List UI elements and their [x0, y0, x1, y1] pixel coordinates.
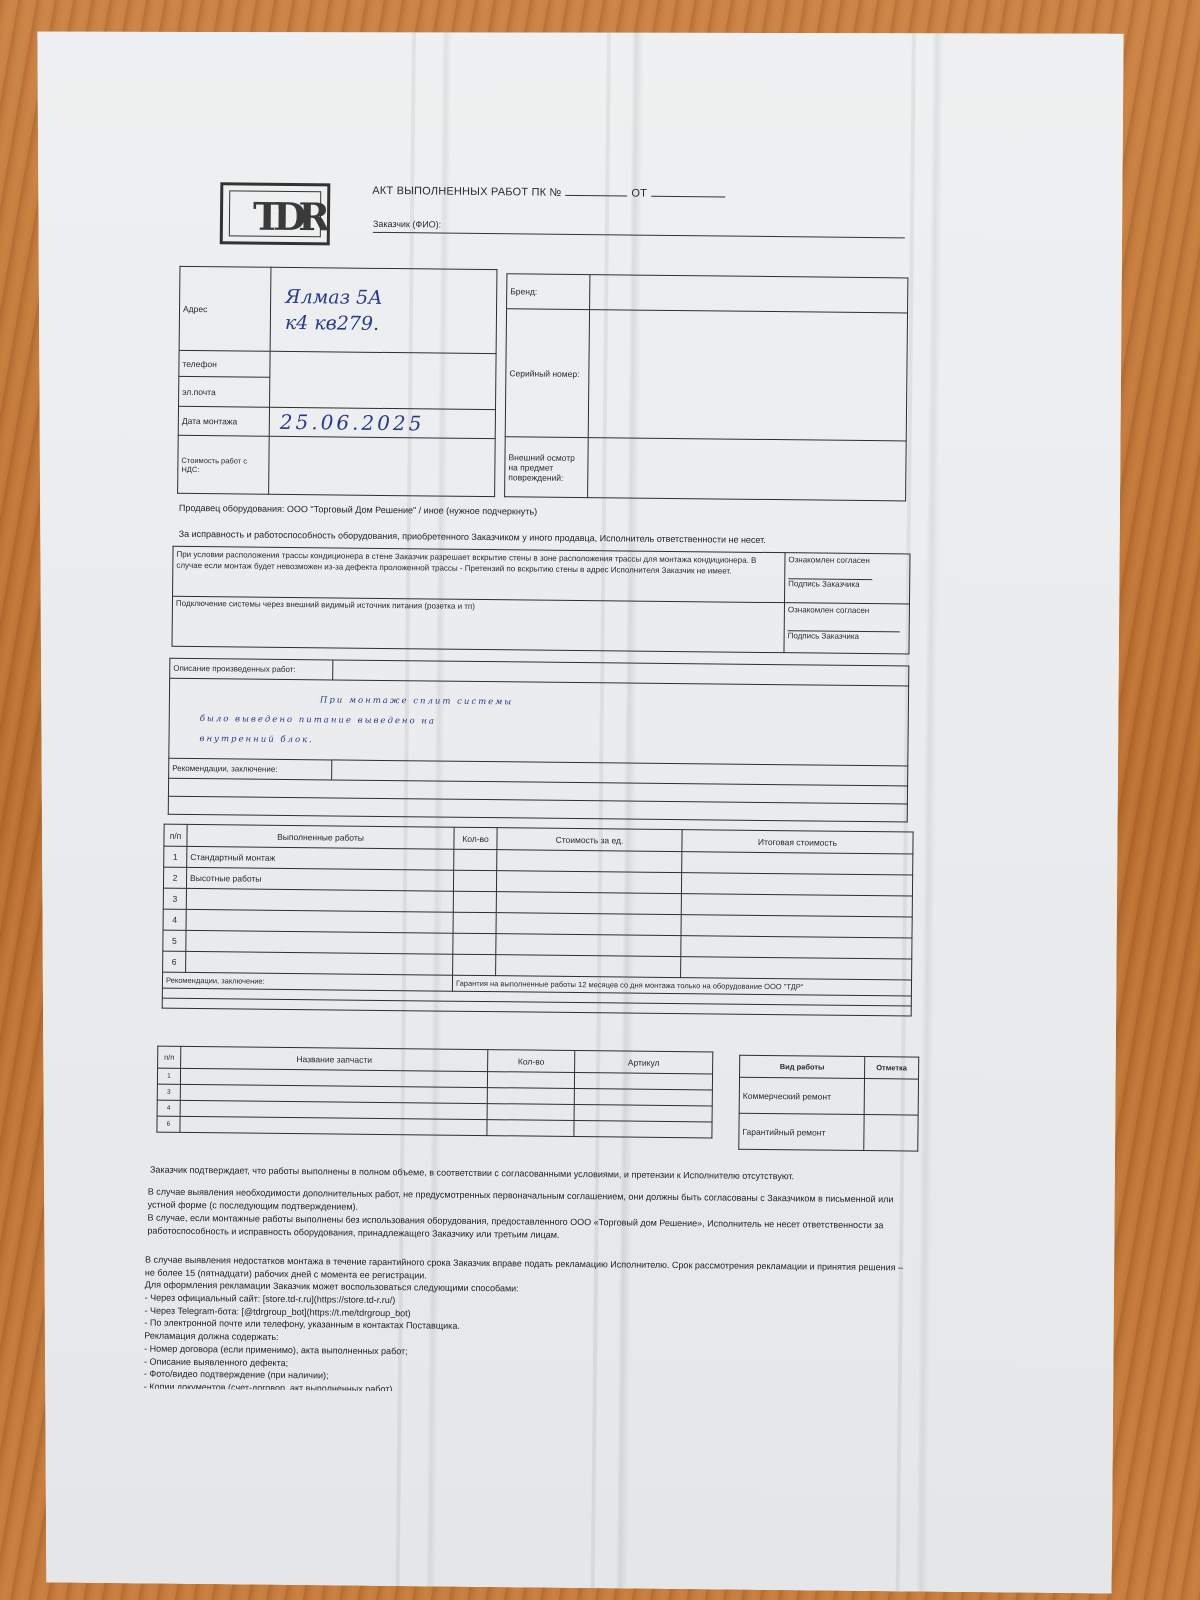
- row-number: 5: [163, 930, 186, 951]
- description-label: Описание произведенных работ:: [170, 658, 333, 680]
- equipment-info-table: Бренд: Серийный номер: Внешний осмотр на…: [504, 273, 908, 501]
- repair-type-table: Вид работы Отметка Коммерческий ремонт Г…: [738, 1055, 919, 1152]
- cost-label: Стоимость работ с НДС:: [178, 435, 270, 494]
- ack-label: Ознакомлен согласен: [788, 555, 906, 565]
- act-date-blank[interactable]: [651, 187, 725, 198]
- work-name[interactable]: Высотные работы: [186, 867, 453, 891]
- work-name[interactable]: [186, 888, 453, 912]
- row-number: 6: [163, 951, 186, 972]
- phone-label: телефон: [179, 350, 270, 377]
- qty-cell[interactable]: [487, 1088, 574, 1105]
- unit-price-cell[interactable]: [496, 913, 681, 936]
- signature-label: Подпись Заказчика: [788, 631, 906, 641]
- col-header-article: Артикул: [575, 1051, 713, 1074]
- article-cell[interactable]: [574, 1088, 712, 1105]
- customer-name-field[interactable]: Заказчик (ФИО):: [373, 219, 905, 239]
- email-label: эл.почта: [179, 376, 270, 407]
- spare-parts-table: п/п Название запчасти Кол-во Артикул 1 3…: [156, 1046, 713, 1139]
- qty-cell[interactable]: [487, 1120, 574, 1137]
- title-prefix: АКТ ВЫПОЛНЕННЫХ РАБОТ ПК №: [372, 185, 561, 199]
- client-info-table: Адрес Ялмаз 5Ак4 кв279. телефон эл.почта…: [177, 266, 497, 497]
- qty-cell[interactable]: [487, 1072, 574, 1089]
- address-label: Адрес: [179, 266, 271, 351]
- col-header-work: Выполненные работы: [187, 824, 454, 849]
- liability-line: За исправность и работоспособность обору…: [179, 528, 766, 547]
- title-from: ОТ: [631, 188, 647, 200]
- wall-opening-consent-text: При условии расположения трассы кондицио…: [173, 546, 785, 602]
- col-header-work-type: Вид работы: [740, 1055, 865, 1078]
- inspection-label: Внешний осмотр на предмет повреждений:: [505, 437, 589, 498]
- brand-label: Бренд:: [507, 274, 590, 310]
- install-date-label: Дата монтажа: [178, 406, 269, 436]
- part-name-cell[interactable]: [180, 1116, 487, 1135]
- cost-value[interactable]: [269, 436, 496, 496]
- total-cell[interactable]: [681, 873, 912, 896]
- article-cell[interactable]: [574, 1120, 712, 1137]
- customer-label: Заказчик (ФИО):: [373, 219, 441, 230]
- total-cell[interactable]: [682, 852, 913, 875]
- qty-cell[interactable]: [453, 870, 496, 891]
- col-header-mark: Отметка: [865, 1057, 919, 1080]
- total-cell[interactable]: [681, 957, 912, 980]
- total-cell[interactable]: [681, 894, 912, 917]
- description-handwritten[interactable]: При монтаже сплит системы было выведено …: [169, 678, 909, 766]
- serial-value[interactable]: [588, 310, 907, 441]
- description-table: Описание произведенных работ: При монтаж…: [168, 658, 910, 823]
- article-cell[interactable]: [574, 1104, 712, 1121]
- col-header-qty: Кол-во: [488, 1050, 575, 1073]
- col-header-part-name: Название запчасти: [181, 1046, 488, 1071]
- signature-label: Подпись Заказчика: [788, 579, 906, 589]
- qty-cell[interactable]: [487, 1104, 574, 1121]
- wall-opening-ack-cell[interactable]: Ознакомлен согласен Подпись Заказчика: [784, 553, 910, 604]
- ack-label: Ознакомлен согласен: [788, 605, 906, 615]
- seller-line: Продавец оборудования: ООО "Торговый Дом…: [179, 502, 537, 518]
- install-date-value[interactable]: 25.06.2025: [269, 407, 495, 438]
- logo-text: TDR: [253, 194, 322, 240]
- power-connection-ack-cell[interactable]: Ознакомлен согласен Подпись Заказчика: [784, 603, 910, 654]
- col-header-qty: Кол-во: [454, 827, 497, 849]
- inspection-value[interactable]: [588, 438, 907, 501]
- unit-price-cell[interactable]: [496, 892, 681, 915]
- document-title: АКТ ВЫПОЛНЕННЫХ РАБОТ ПК №ОТ: [372, 184, 729, 201]
- works-table: п/п Выполненные работы Кол-во Стоимость …: [162, 824, 914, 1017]
- total-cell[interactable]: [681, 915, 912, 938]
- qty-cell[interactable]: [453, 954, 496, 975]
- unit-price-cell[interactable]: [496, 934, 681, 957]
- address-value[interactable]: Ялмаз 5Ак4 кв279.: [270, 267, 497, 353]
- row-number: 3: [163, 888, 186, 909]
- col-header-number: п/п: [158, 1046, 181, 1068]
- warranty-repair-mark[interactable]: [864, 1115, 918, 1152]
- recommendations-label: Рекомендации, заключение:: [169, 758, 332, 780]
- row-number: 1: [157, 1068, 180, 1084]
- brand-value[interactable]: [590, 275, 908, 313]
- col-header-total: Итоговая стоимость: [682, 830, 913, 854]
- power-connection-consent-text: Подключение системы через внешний видимы…: [172, 596, 784, 652]
- unit-price-cell[interactable]: [497, 850, 682, 873]
- qty-cell[interactable]: [453, 933, 496, 954]
- row-number: 4: [163, 909, 186, 930]
- row-number: 2: [163, 867, 186, 888]
- phone-email-value[interactable]: [270, 351, 497, 409]
- row-number: 6: [157, 1116, 180, 1132]
- warranty-repair-label: Гарантийный ремонт: [739, 1113, 864, 1150]
- act-document-page: TDR АКТ ВЫПОЛНЕННЫХ РАБОТ ПК №ОТ Заказчи…: [16, 22, 1128, 1593]
- col-header-unit-price: Стоимость за ед.: [497, 828, 682, 852]
- unit-price-cell[interactable]: [496, 955, 681, 978]
- commercial-repair-mark[interactable]: [864, 1079, 918, 1116]
- qty-cell[interactable]: [454, 849, 497, 870]
- unit-price-cell[interactable]: [496, 871, 681, 894]
- consent-table: При условии расположения трассы кондицио…: [171, 546, 910, 655]
- row-number: 1: [164, 846, 187, 867]
- work-name[interactable]: Стандартный монтаж: [187, 846, 454, 870]
- terms-confirmation: Заказчик подтверждает, что работы выполн…: [150, 1164, 920, 1185]
- article-cell[interactable]: [574, 1073, 712, 1090]
- col-header-number: п/п: [164, 824, 187, 846]
- qty-cell[interactable]: [453, 912, 496, 933]
- act-number-blank[interactable]: [565, 186, 627, 197]
- tdr-logo: TDR: [220, 182, 331, 245]
- work-name[interactable]: [186, 930, 453, 954]
- work-name[interactable]: [186, 909, 453, 933]
- claim-contents-list: - Номер договора (если применимо), акта …: [144, 1343, 914, 1397]
- row-number: 4: [157, 1100, 180, 1116]
- total-cell[interactable]: [681, 936, 912, 959]
- work-name[interactable]: [186, 951, 453, 975]
- commercial-repair-label: Коммерческий ремонт: [739, 1077, 864, 1114]
- serial-label: Серийный номер:: [505, 309, 589, 438]
- qty-cell[interactable]: [453, 891, 496, 912]
- row-number: 3: [157, 1084, 180, 1100]
